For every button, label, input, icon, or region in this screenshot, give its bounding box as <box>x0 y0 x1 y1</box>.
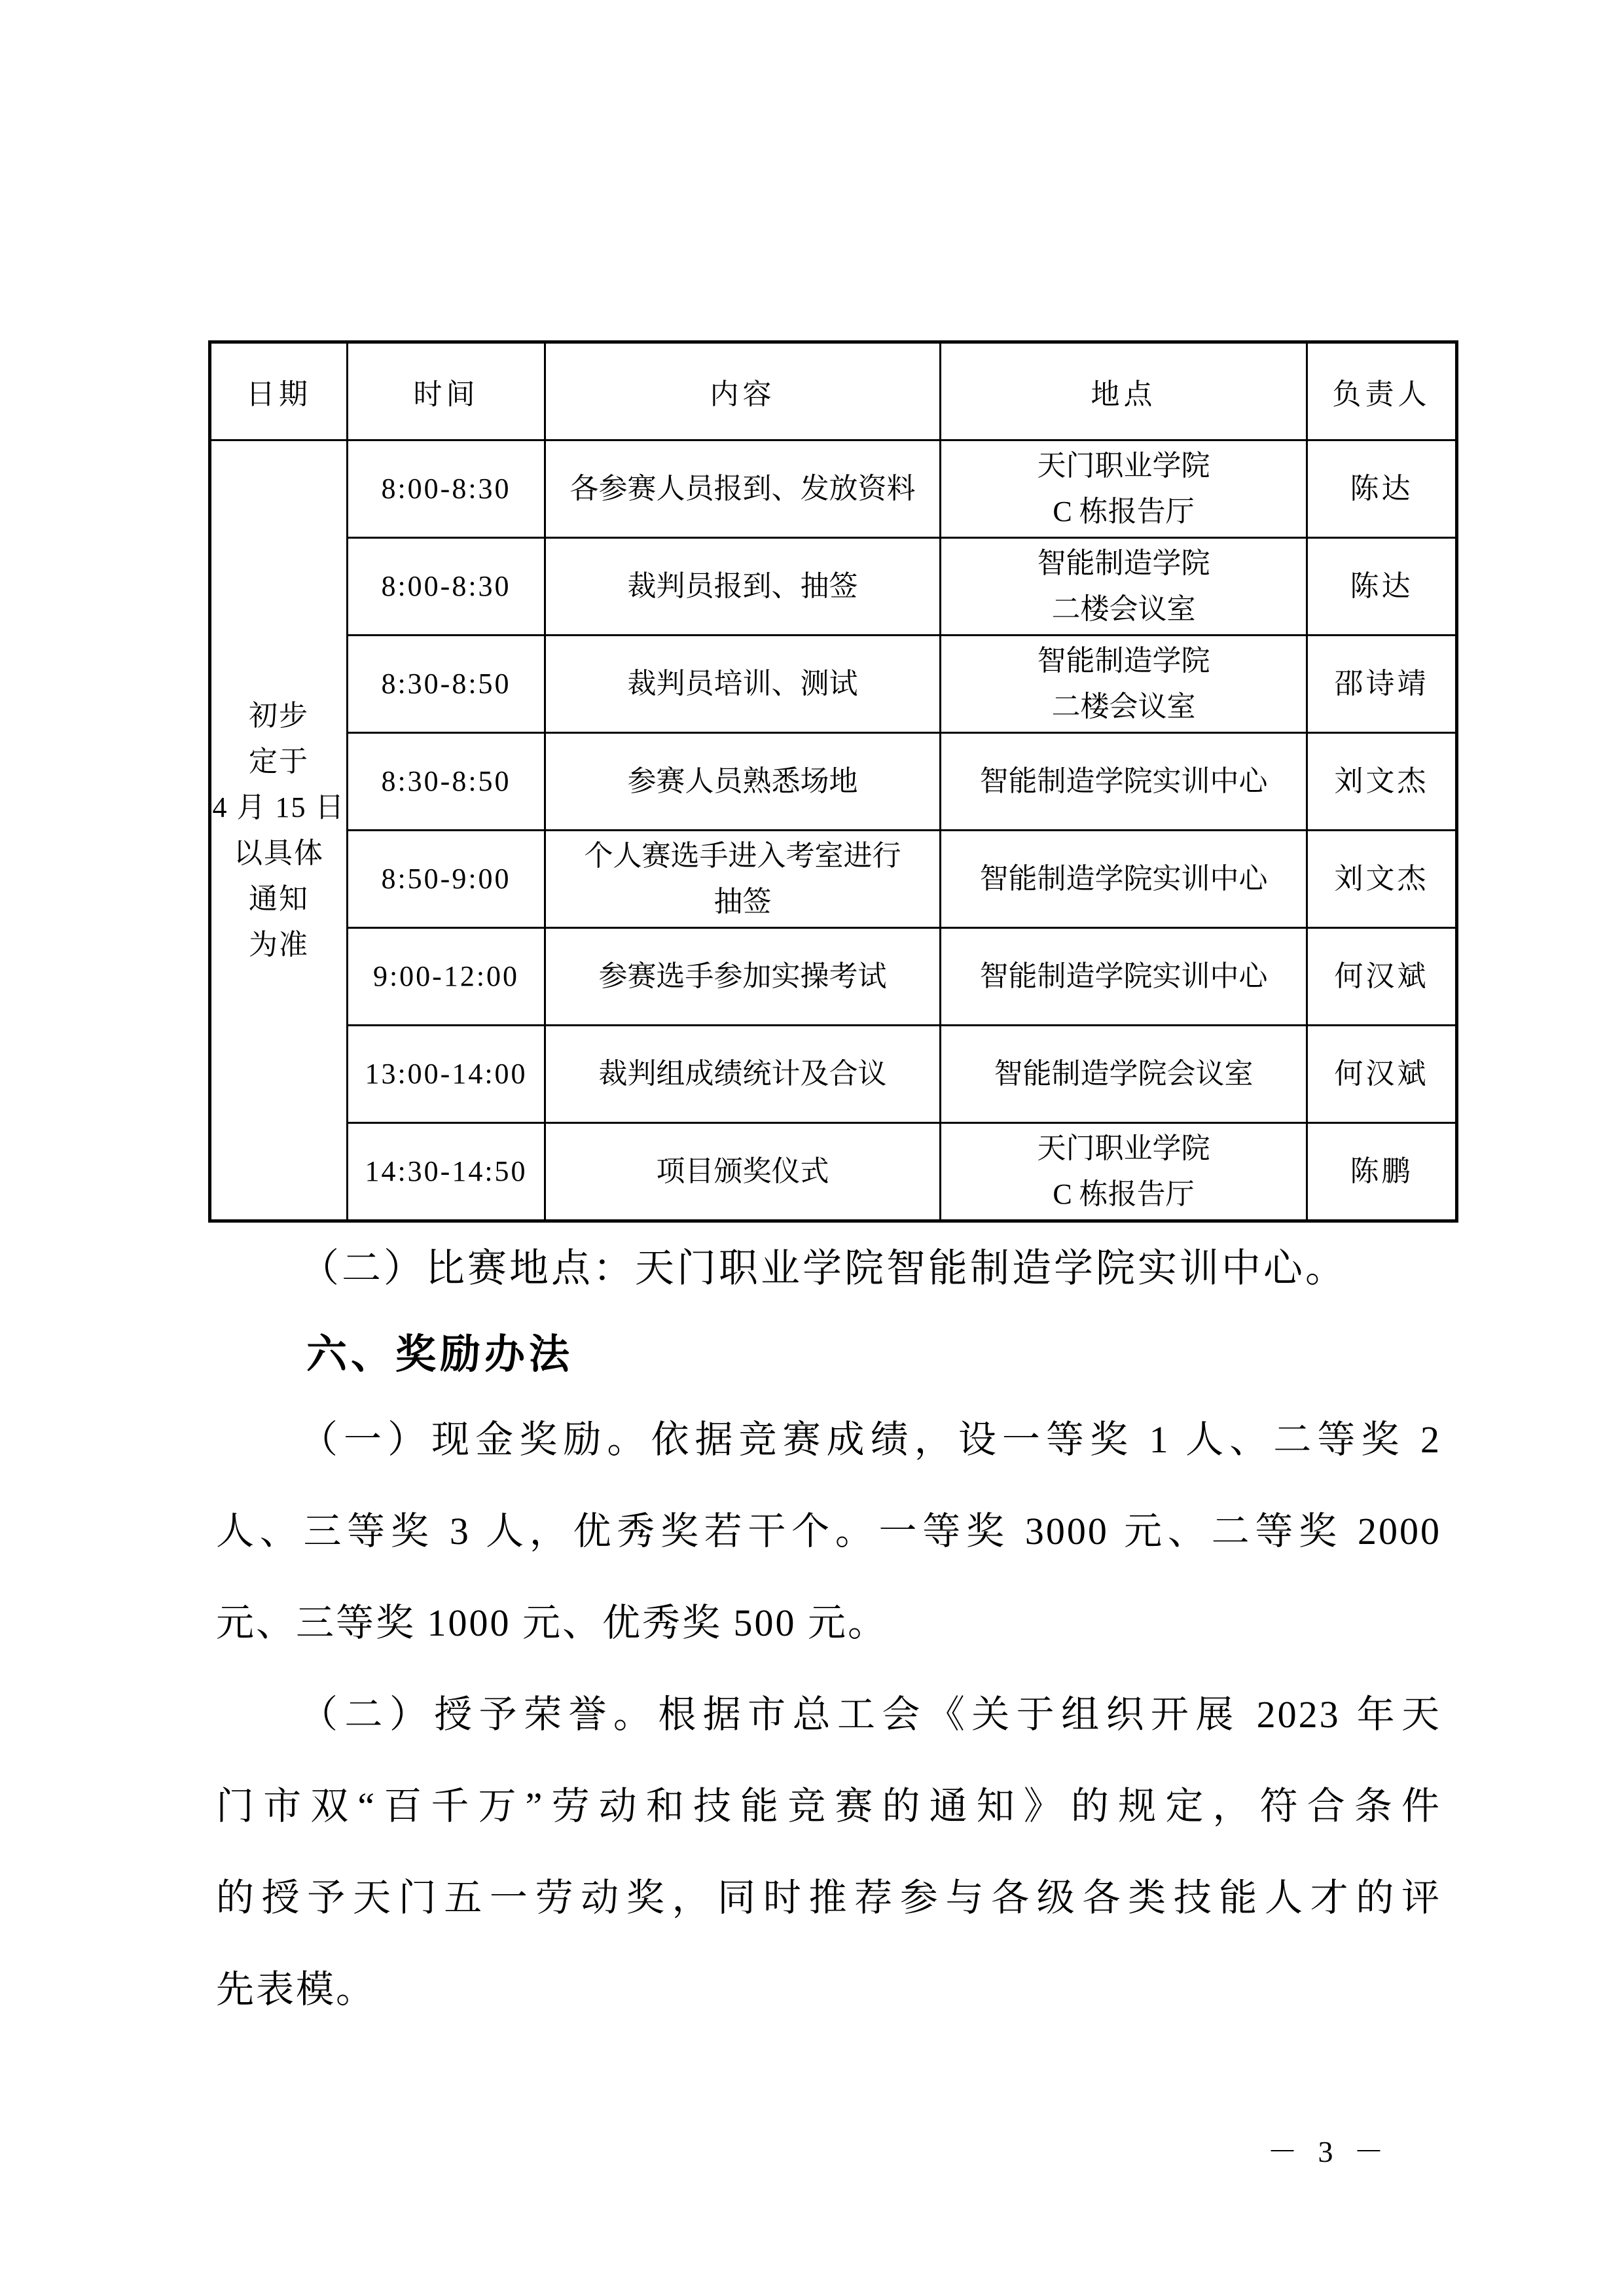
person-cell: 陈鹏 <box>1307 1123 1457 1221</box>
table-header-1: 时间 <box>348 342 545 440</box>
paragraph-2-line-4: 先表模。 <box>216 1944 1441 2036</box>
table-row-8: 14:30-14:50项目颁奖仪式天门职业学院 C 栋报告厅陈鹏 <box>210 1123 1457 1221</box>
paragraph-2-line-1: （二）授予荣誉。根据市总工会《关于组织开展 2023 年天 <box>216 1669 1441 1761</box>
time-cell: 8:00-8:30 <box>348 538 545 636</box>
time-cell: 8:30-8:50 <box>348 636 545 733</box>
person-cell: 邵诗靖 <box>1307 636 1457 733</box>
table-header-2: 内容 <box>545 342 941 440</box>
time-cell: 14:30-14:50 <box>348 1123 545 1221</box>
table-row-5: 8:50-9:00个人赛选手进入考室进行 抽签智能制造学院实训中心刘文杰 <box>210 831 1457 928</box>
paragraph-2-line-3: 的授予天门五一劳动奖，同时推荐参与各级各类技能人才的评 <box>216 1852 1441 1944</box>
table-header-row: 日期时间内容地点负责人 <box>210 342 1457 440</box>
paragraph-1-line-1: （一）现金奖励。依据竞赛成绩，设一等奖 1 人、二等奖 2 <box>216 1394 1441 1486</box>
content-cell: 各参赛人员报到、发放资料 <box>545 440 941 538</box>
paragraph-2-line-2: 门市双“百千万”劳动和技能竞赛的通知》的规定，符合条件 <box>216 1761 1441 1852</box>
location-cell: 智能制造学院 二楼会议室 <box>941 636 1307 733</box>
competition-location-line: （二）比赛地点：天门职业学院智能制造学院实训中心。 <box>216 1223 1447 1314</box>
location-cell: 天门职业学院 C 栋报告厅 <box>941 1123 1307 1221</box>
paragraph-1: （一）现金奖励。依据竞赛成绩，设一等奖 1 人、二等奖 2人、三等奖 3 人，优… <box>216 1394 1441 1669</box>
location-cell: 智能制造学院实训中心 <box>941 928 1307 1026</box>
location-cell: 智能制造学院实训中心 <box>941 831 1307 928</box>
person-cell: 刘文杰 <box>1307 733 1457 831</box>
content-cell: 参赛选手参加实操考试 <box>545 928 941 1026</box>
person-cell: 陈达 <box>1307 538 1457 636</box>
table-row-1: 初步 定于 4 月 15 日 以具体 通知 为准8:00-8:30各参赛人员报到… <box>210 440 1457 538</box>
content-cell: 项目颁奖仪式 <box>545 1123 941 1221</box>
schedule-table: 日期时间内容地点负责人 初步 定于 4 月 15 日 以具体 通知 为准8:00… <box>208 340 1458 1223</box>
content-cell: 参赛人员熟悉场地 <box>545 733 941 831</box>
person-cell: 刘文杰 <box>1307 831 1457 928</box>
content-cell: 裁判员培训、测试 <box>545 636 941 733</box>
person-cell: 何汉斌 <box>1307 1026 1457 1123</box>
table-header-3: 地点 <box>941 342 1307 440</box>
location-cell: 智能制造学院实训中心 <box>941 733 1307 831</box>
page-number: － 3 － <box>1237 2119 1420 2185</box>
location-cell: 智能制造学院会议室 <box>941 1026 1307 1123</box>
date-cell: 初步 定于 4 月 15 日 以具体 通知 为准 <box>210 440 348 1221</box>
time-cell: 8:30-8:50 <box>348 733 545 831</box>
table-row-4: 8:30-8:50参赛人员熟悉场地智能制造学院实训中心刘文杰 <box>210 733 1457 831</box>
time-cell: 13:00-14:00 <box>348 1026 545 1123</box>
document-page: 日期时间内容地点负责人 初步 定于 4 月 15 日 以具体 通知 为准8:00… <box>0 0 1624 2296</box>
table-header-0: 日期 <box>210 342 348 440</box>
section-heading-award-rules: 六、奖励办法 <box>216 1309 573 1401</box>
time-cell: 9:00-12:00 <box>348 928 545 1026</box>
paragraph-1-line-2: 人、三等奖 3 人，优秀奖若干个。一等奖 3000 元、二等奖 2000 <box>216 1486 1441 1577</box>
table-row-6: 9:00-12:00参赛选手参加实操考试智能制造学院实训中心何汉斌 <box>210 928 1457 1026</box>
table-row-7: 13:00-14:00裁判组成绩统计及合议智能制造学院会议室何汉斌 <box>210 1026 1457 1123</box>
table-row-3: 8:30-8:50裁判员培训、测试智能制造学院 二楼会议室邵诗靖 <box>210 636 1457 733</box>
paragraphs: （一）现金奖励。依据竞赛成绩，设一等奖 1 人、二等奖 2人、三等奖 3 人，优… <box>216 1394 1441 2036</box>
content-cell: 裁判员报到、抽签 <box>545 538 941 636</box>
content-cell: 裁判组成绩统计及合议 <box>545 1026 941 1123</box>
paragraph-1-line-3: 元、三等奖 1000 元、优秀奖 500 元。 <box>216 1577 1441 1669</box>
table-row-2: 8:00-8:30裁判员报到、抽签智能制造学院 二楼会议室陈达 <box>210 538 1457 636</box>
time-cell: 8:50-9:00 <box>348 831 545 928</box>
table-header-4: 负责人 <box>1307 342 1457 440</box>
location-cell: 天门职业学院 C 栋报告厅 <box>941 440 1307 538</box>
paragraph-2: （二）授予荣誉。根据市总工会《关于组织开展 2023 年天门市双“百千万”劳动和… <box>216 1669 1441 2036</box>
person-cell: 陈达 <box>1307 440 1457 538</box>
content-cell: 个人赛选手进入考室进行 抽签 <box>545 831 941 928</box>
person-cell: 何汉斌 <box>1307 928 1457 1026</box>
time-cell: 8:00-8:30 <box>348 440 545 538</box>
schedule-table-body: 初步 定于 4 月 15 日 以具体 通知 为准8:00-8:30各参赛人员报到… <box>210 440 1457 1221</box>
location-cell: 智能制造学院 二楼会议室 <box>941 538 1307 636</box>
